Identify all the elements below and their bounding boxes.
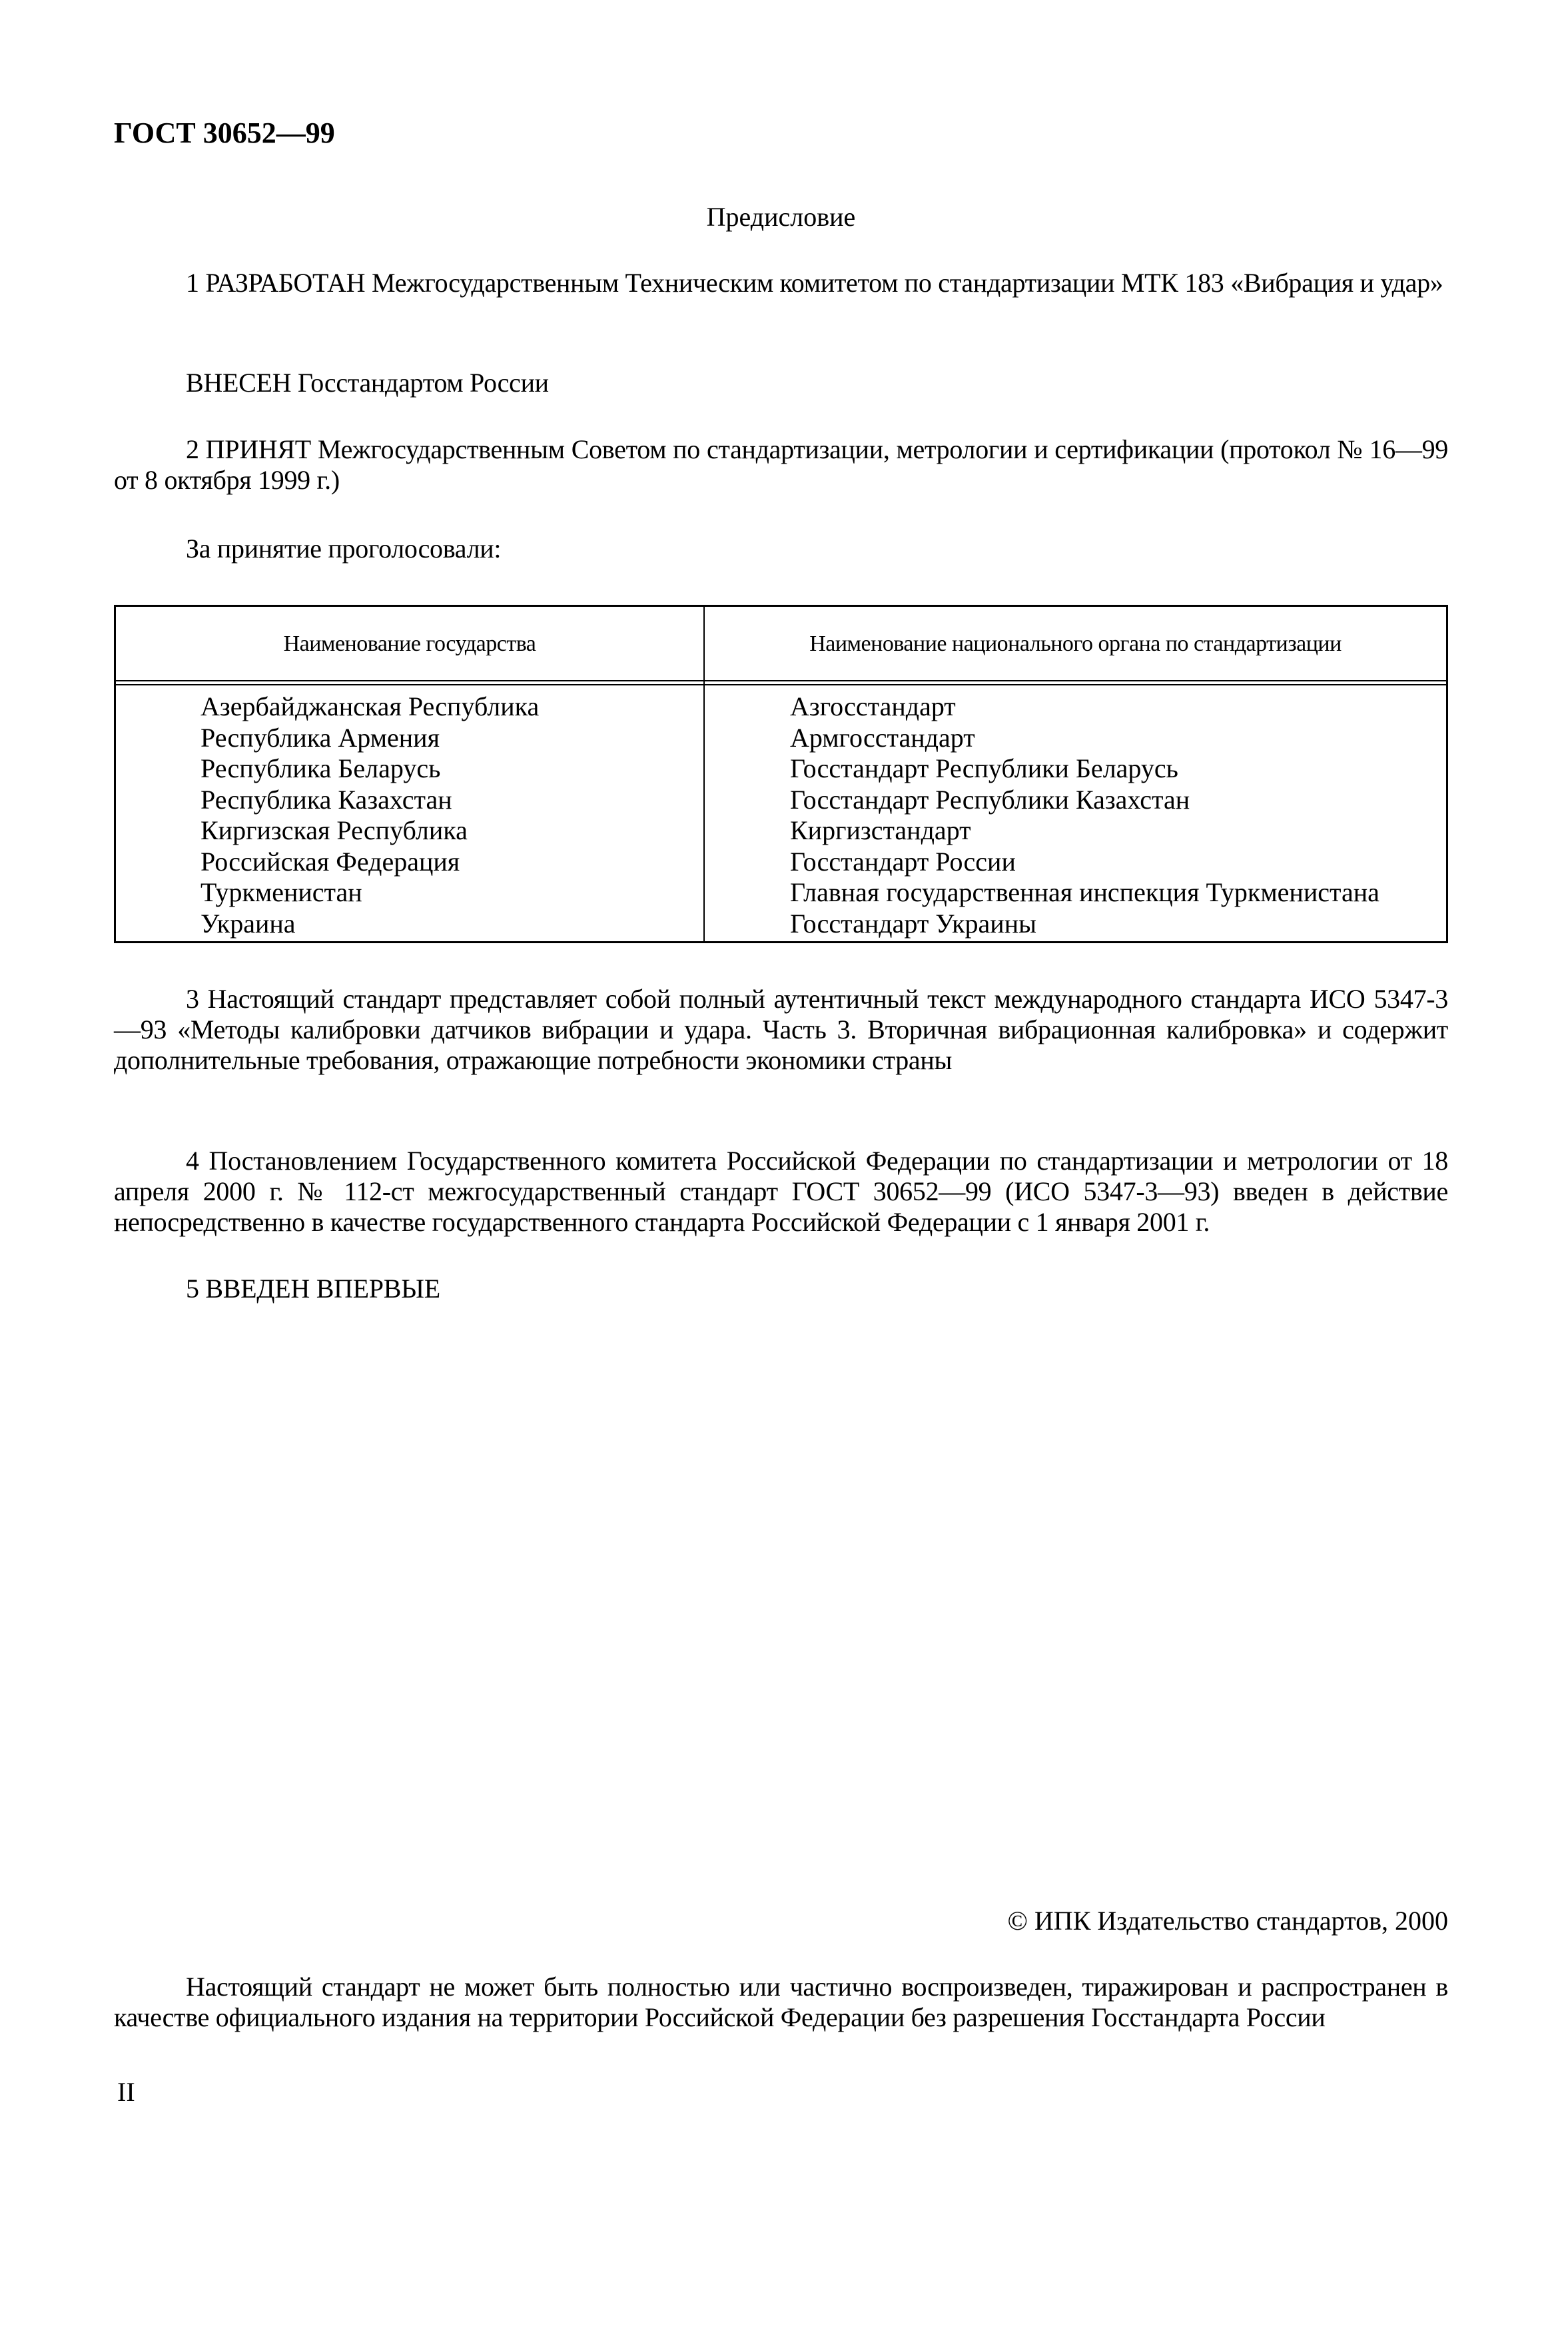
table-cell-state: Республика Казахстан [200, 785, 539, 816]
copyright-notice: © ИПК Издательство стандартов, 2000 [1008, 1906, 1448, 1936]
table-cell-standards-body: Киргизстандарт [790, 815, 1379, 847]
table-header-divider [116, 680, 1446, 685]
table-cell-state: Республика Беларусь [200, 753, 539, 785]
table-header-standards-body: Наименование национального органа по ста… [705, 607, 1446, 681]
table-cell-standards-body: Госстандарт Республики Казахстан [790, 785, 1379, 816]
table-cell-state: Украина [200, 909, 539, 940]
table-header-state: Наименование государства [116, 607, 703, 681]
reproduction-notice: Настоящий стандарт не может быть полност… [114, 1972, 1448, 2033]
table-cell-standards-body: Госстандарт России [790, 847, 1379, 878]
table-cell-state: Киргизская Республика [200, 815, 539, 847]
table-cell-state: Российская Федерация [200, 847, 539, 878]
paragraph-1: 1 РАЗРАБОТАН Межгосударственным Техничес… [114, 268, 1448, 298]
document-code: ГОСТ 30652—99 [114, 117, 335, 150]
paragraph-4: 4 Постановлением Государственного комите… [114, 1146, 1448, 1238]
paragraph-2: 2 ПРИНЯТ Межгосударственным Советом по с… [114, 434, 1448, 496]
table-column-states: Азербайджанская Республика Республика Ар… [200, 691, 539, 939]
table-cell-state: Туркменистан [200, 877, 539, 909]
voting-table: Наименование государства Наименование на… [114, 605, 1448, 943]
table-cell-standards-body: Азгосстандарт [790, 691, 1379, 723]
voting-label: За принятие проголосовали: [114, 534, 1448, 564]
table-column-divider [703, 607, 705, 941]
paragraph-3: 3 Настоящий стандарт представляет собой … [114, 984, 1448, 1076]
table-cell-standards-body: Армгосстандарт [790, 723, 1379, 754]
paragraph-5: 5 ВВЕДЕН ВПЕРВЫЕ [114, 1274, 1448, 1304]
document-page: ГОСТ 30652—99 Предисловие 1 РАЗРАБОТАН М… [0, 0, 1568, 2342]
paragraph-1-submitted: ВНЕСЕН Госстандартом России [114, 368, 1448, 398]
table-cell-standards-body: Госстандарт Республики Беларусь [790, 753, 1379, 785]
table-cell-standards-body: Госстандарт Украины [790, 909, 1379, 940]
table-cell-state: Республика Армения [200, 723, 539, 754]
table-cell-state: Азербайджанская Республика [200, 691, 539, 723]
table-column-standards-bodies: Азгосстандарт Армгосстандарт Госстандарт… [790, 691, 1379, 939]
page-heading: Предисловие [114, 202, 1448, 232]
table-cell-standards-body: Главная государственная инспекция Туркме… [790, 877, 1379, 909]
page-number: II [117, 2077, 135, 2108]
